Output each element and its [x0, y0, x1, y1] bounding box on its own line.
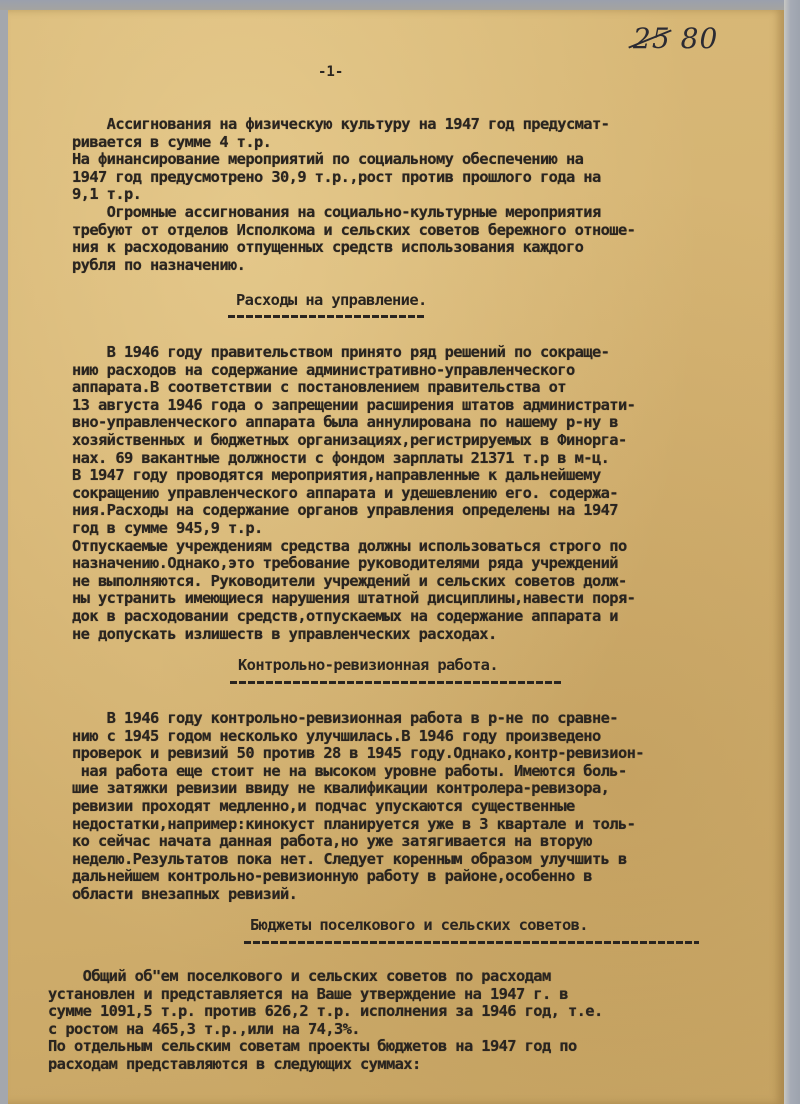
text-line: 13 августа 1946 года о запрещении расшир…	[72, 397, 635, 415]
paragraph-culture-social: Ассигнования на физическую культуру на 1…	[72, 116, 635, 274]
text-line: неделю.Результатов пока нет. Следует кор…	[72, 851, 644, 869]
text-line: хозяйственных и бюджетных организациях,р…	[72, 432, 635, 450]
text-line: В 1946 году контрольно-ревизионная работ…	[72, 710, 644, 728]
text-line: ны устранить имеющиеся нарушения штатной…	[72, 590, 635, 608]
text-line: области внезапных ревизий.	[72, 886, 644, 904]
heading-audit-work: Контрольно-ревизионная работа.	[238, 656, 498, 674]
heading-underline	[230, 681, 562, 684]
text-line: Отпускаемые учреждениям средства должны …	[72, 538, 635, 556]
text-line: ревизии проходят медленно,и подчас упуск…	[72, 798, 644, 816]
text-line: нию расходов на содержание административ…	[72, 362, 635, 380]
paragraph-village-budgets: Общий об"ем поселкового и сельских совет…	[48, 968, 603, 1074]
archive-number-crossed-out: 25	[633, 22, 671, 55]
text-line: не выполняются. Руководители учреждений …	[72, 573, 635, 591]
text-line: нах. 69 вакантные должности с фондом зар…	[72, 450, 635, 468]
scanner-background-right	[784, 0, 800, 1104]
text-line: назначению.Однако,это требование руковод…	[72, 555, 635, 573]
paragraph-audit-work: В 1946 году контрольно-ревизионная работ…	[72, 710, 644, 904]
text-line: рубля по назначению.	[72, 257, 635, 275]
page-number: -1-	[318, 64, 343, 80]
text-line: вно-управленческого аппарата была аннули…	[72, 414, 635, 432]
text-line: 1947 год предусмотрено 30,9 т.р.,рост пр…	[72, 169, 635, 187]
text-line: 9,1 т.р.	[72, 186, 635, 204]
text-line: В 1946 году правительством принято ряд р…	[72, 344, 635, 362]
text-line: нию с 1945 годом несколько улучшилась.В …	[72, 728, 644, 746]
heading-underline	[244, 941, 699, 944]
text-line: ния к расходованию отпущенных средств ис…	[72, 239, 635, 257]
text-line: расходам представляются в следующих сумм…	[48, 1056, 603, 1074]
text-line: аппарата.В соответствии с постановлением…	[72, 379, 635, 397]
text-line: с ростом на 465,3 т.р.,или на 74,3%.	[48, 1021, 603, 1039]
text-line: сокращению управленческого аппарата и уд…	[72, 485, 635, 503]
scanner-background-left	[0, 10, 8, 1104]
text-line: ния.Расходы на содержание органов управл…	[72, 502, 635, 520]
text-line: год в сумме 945,9 т.р.	[72, 520, 635, 538]
archive-number-current: 80	[681, 22, 719, 55]
text-line: ко сейчас начата данная работа,но уже за…	[72, 833, 644, 851]
text-line: проверок и ревизий 50 против 28 в 1945 г…	[72, 745, 644, 763]
text-line: В 1947 году проводятся мероприятия,напра…	[72, 467, 635, 485]
heading-underline	[228, 315, 426, 318]
heading-management-expenses: Расходы на управление.	[236, 291, 427, 309]
text-line: Ассигнования на физическую культуру на 1…	[72, 116, 635, 134]
text-line: Огромные ассигнования на социально-культ…	[72, 204, 635, 222]
text-line: шие затяжки ревизии ввиду не квалификаци…	[72, 780, 644, 798]
archive-sheet-number: 2580	[633, 22, 718, 55]
paragraph-management-expenses: В 1946 году правительством принято ряд р…	[72, 344, 635, 643]
text-line: На финансирование мероприятий по социаль…	[72, 151, 635, 169]
text-line: ривается в сумме 4 т.р.	[72, 134, 635, 152]
text-line: не допускать излишеств в управленческих …	[72, 626, 635, 644]
text-line: требуют от отделов Исполкома и сельских …	[72, 222, 635, 240]
text-line: недостатки,например:кинокуст планируется…	[72, 816, 644, 834]
text-line: дальнейшем контрольно-ревизионную работу…	[72, 868, 644, 886]
text-line: По отдельным сельским советам проекты бю…	[48, 1038, 603, 1056]
heading-village-budgets: Бюджеты поселкового и сельских советов.	[250, 916, 588, 934]
text-line: ная работа еще стоит не на высоком уровн…	[72, 763, 644, 781]
text-line: док в расходовании средств,отпускаемых н…	[72, 608, 635, 626]
text-line: Общий об"ем поселкового и сельских совет…	[48, 968, 603, 986]
text-line: сумме 1091,5 т.р. против 626,2 т.р. испо…	[48, 1003, 603, 1021]
text-line: установлен и представляется на Ваше утве…	[48, 986, 603, 1004]
